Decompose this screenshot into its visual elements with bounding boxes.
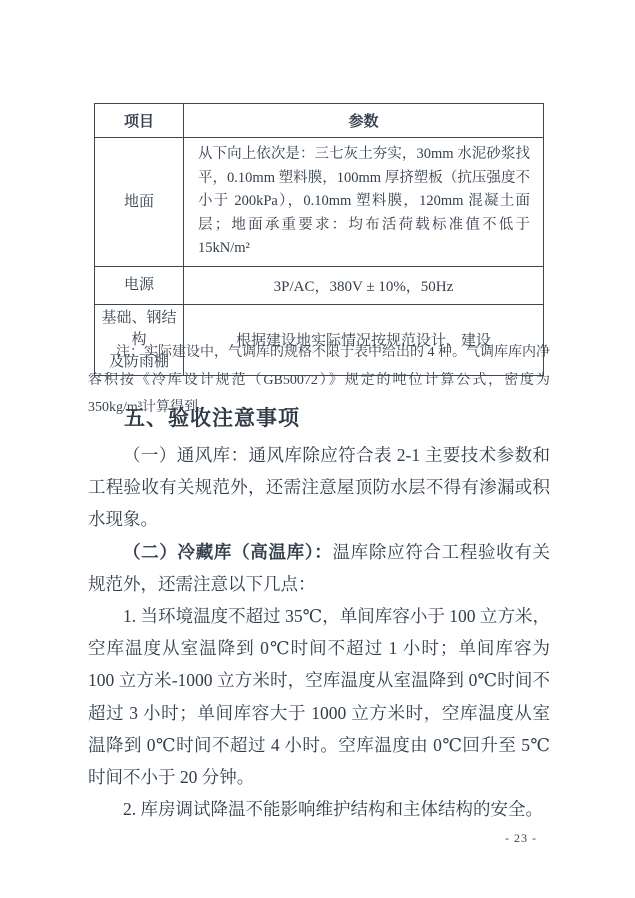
section-heading: 五、验收注意事项 xyxy=(124,402,300,432)
table-header-item: 项目 xyxy=(95,104,184,138)
page-number: - 23 - xyxy=(505,831,537,846)
cold-storage-lead-label: （二）冷藏库（高温库）： xyxy=(123,542,332,562)
cell-ground-item: 地面 xyxy=(95,138,184,267)
spec-table: 项目 参数 地面 从下向上依次是：三七灰土夯实，30mm 水泥砂浆找平，0.10… xyxy=(94,103,544,376)
document-page: 项目 参数 地面 从下向上依次是：三七灰土夯实，30mm 水泥砂浆找平，0.10… xyxy=(0,0,635,898)
body-text: （一）通风库：通风库除应符合表 2-1 主要技术参数和工程验收有关规范外，还需注… xyxy=(88,439,550,825)
paragraph-ventilated-storage: （一）通风库：通风库除应符合表 2-1 主要技术参数和工程验收有关规范外，还需注… xyxy=(88,439,550,536)
paragraph-cold-storage: （二）冷藏库（高温库）：温库除应符合工程验收有关规范外，还需注意以下几点： xyxy=(88,536,550,600)
table-header-row: 项目 参数 xyxy=(95,104,544,138)
cell-power-param: 3P/AC，380V ± 10%，50Hz xyxy=(184,266,544,304)
cell-power-item: 电源 xyxy=(95,266,184,304)
table-header-param: 参数 xyxy=(184,104,544,138)
table-row-ground: 地面 从下向上依次是：三七灰土夯实，30mm 水泥砂浆找平，0.10mm 塑料膜… xyxy=(95,138,544,267)
cell-ground-param: 从下向上依次是：三七灰土夯实，30mm 水泥砂浆找平，0.10mm 塑料膜，10… xyxy=(184,138,544,267)
list-item-2: 2. 库房调试降温不能影响维护结构和主体结构的安全。 xyxy=(88,793,550,825)
list-item-1: 1. 当环境温度不超过 35℃，单间库容小于 100 立方米，空库温度从室温降到… xyxy=(88,600,550,793)
table-row-power: 电源 3P/AC，380V ± 10%，50Hz xyxy=(95,266,544,304)
